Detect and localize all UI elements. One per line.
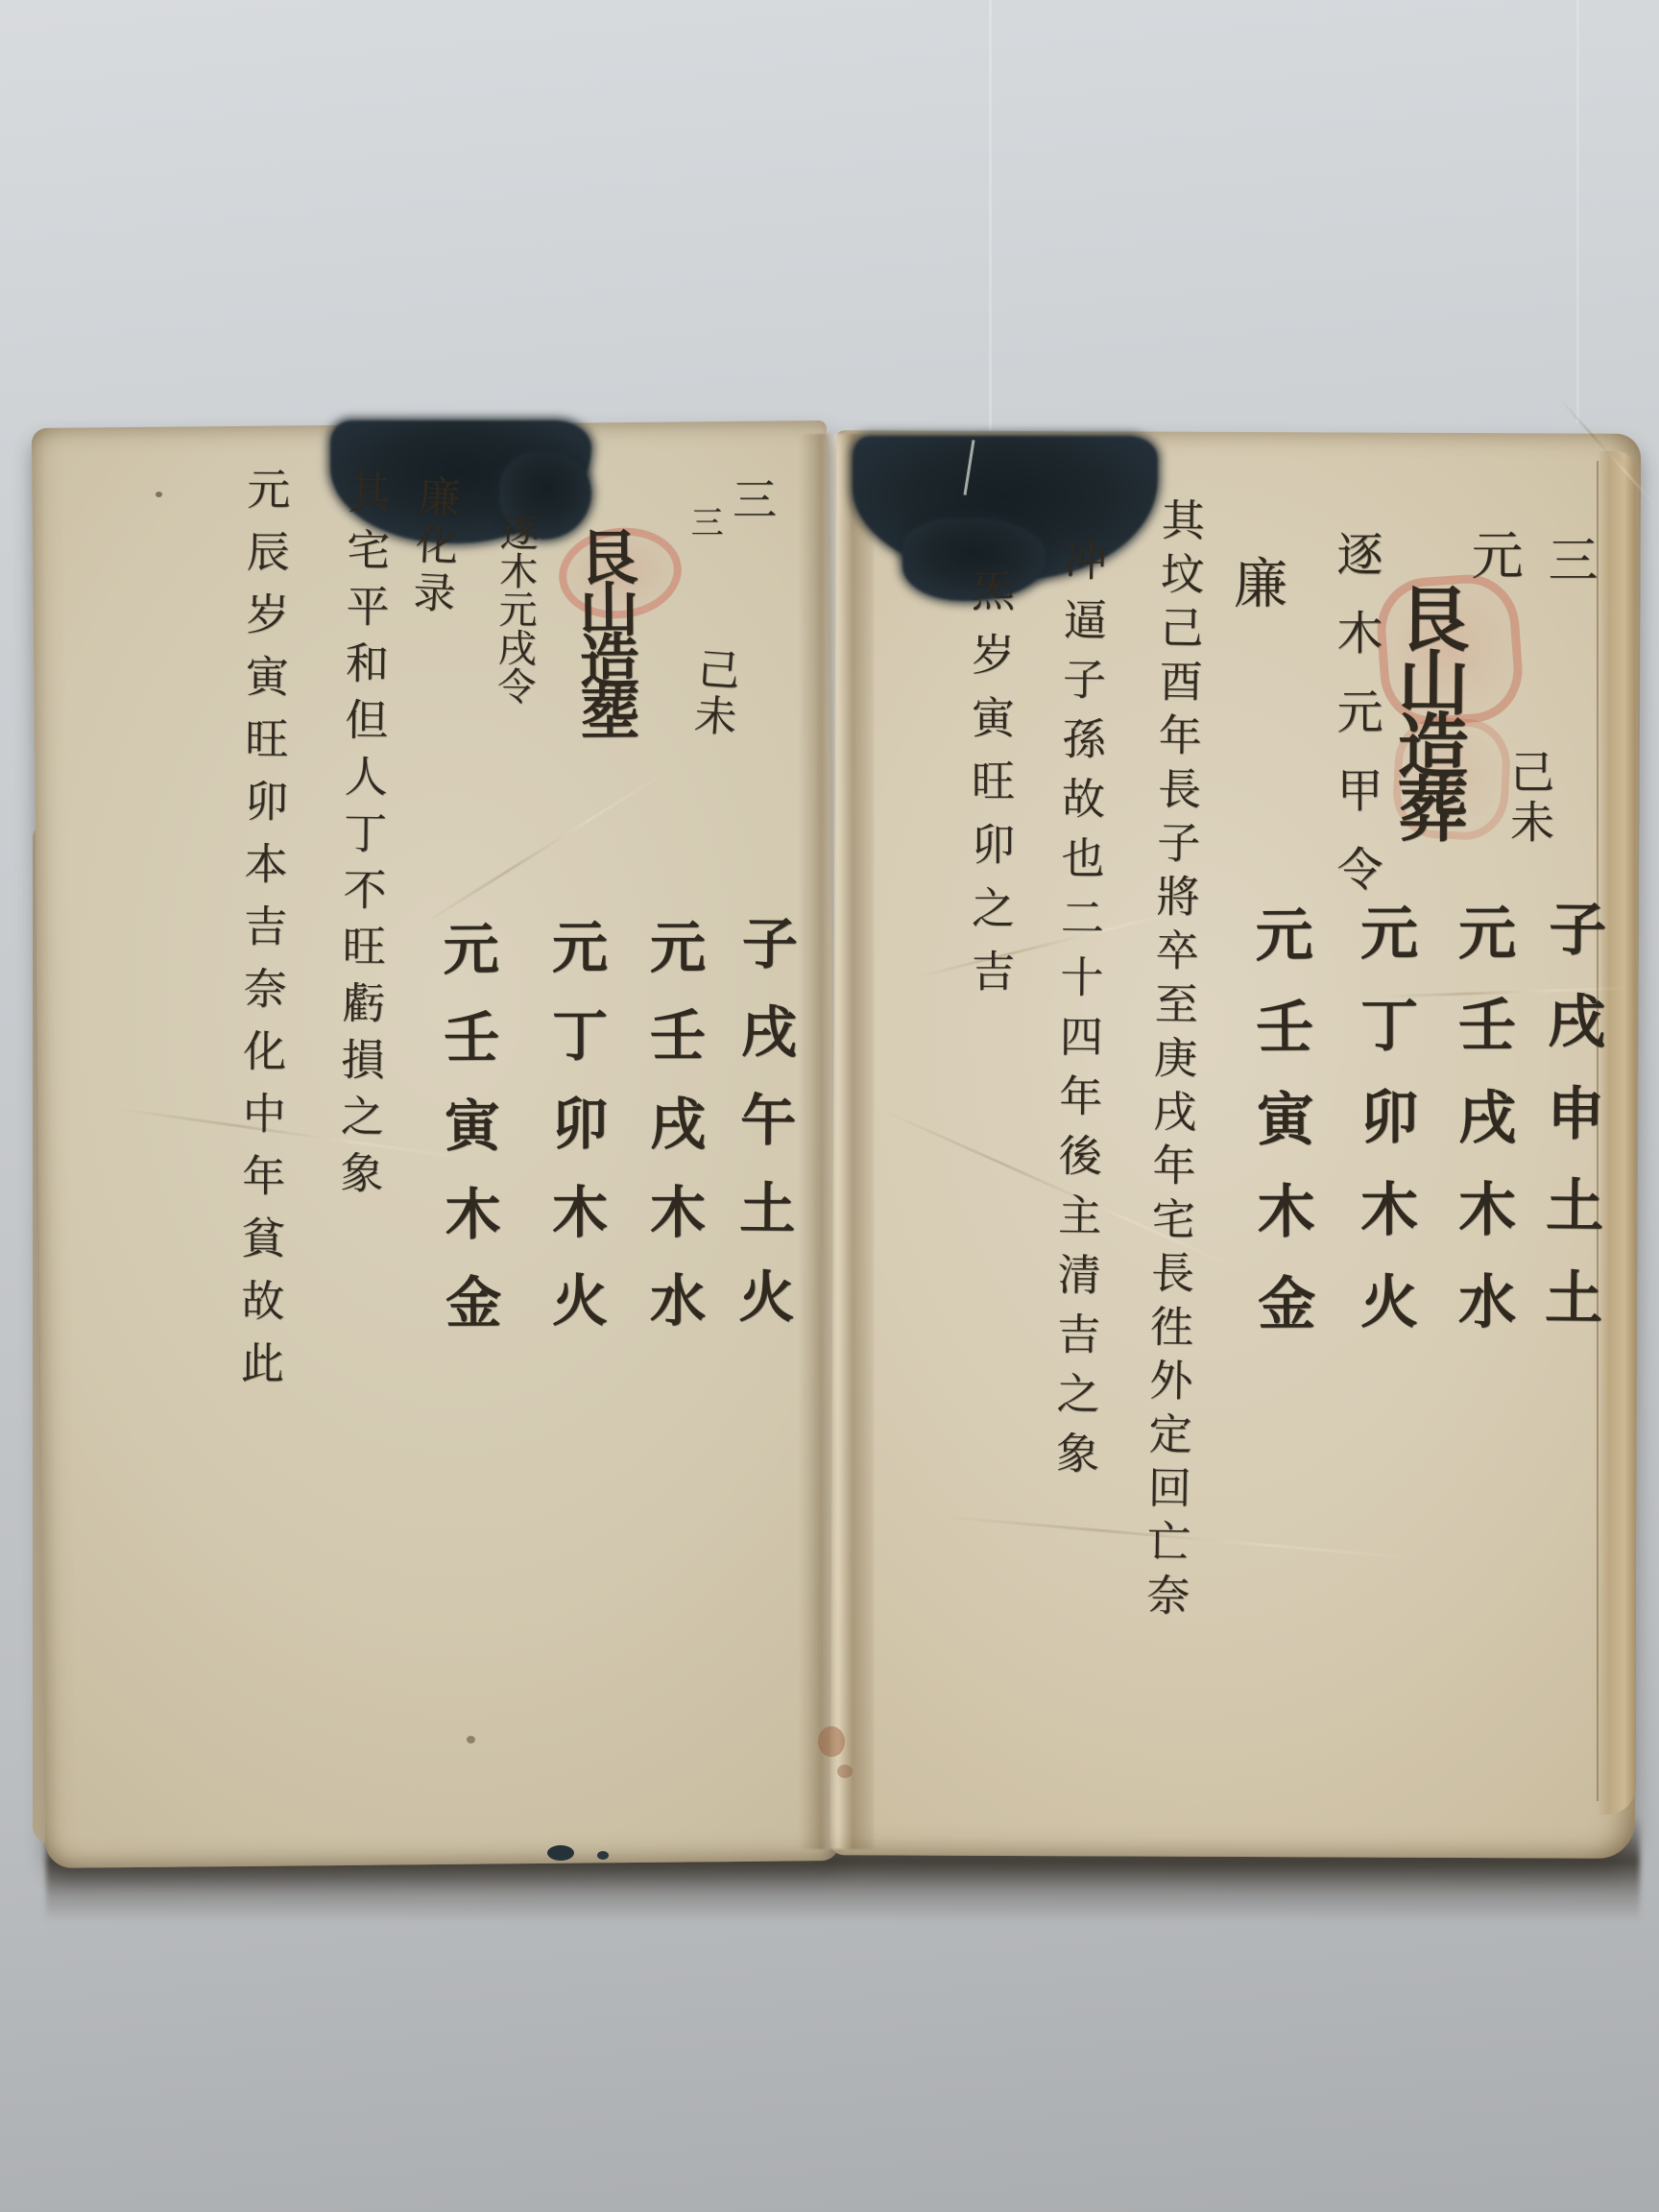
year-stem-branch: 己未: [1507, 749, 1551, 849]
element-column-2: 元壬戌木水: [645, 918, 701, 1359]
element-column-4: 元壬寅木金: [438, 920, 496, 1361]
commentary-column-2: 元辰岁寅旺卯本吉奈化中年貧故此: [237, 467, 287, 1403]
paper-speck: [156, 492, 162, 497]
zhu-annotation-column: 逐木元甲令: [1333, 530, 1379, 924]
background-seam: [1576, 0, 1579, 422]
section-title: 艮山造塟: [573, 526, 635, 734]
background-seam: [989, 0, 992, 432]
page-number-small: 三: [687, 505, 720, 538]
yuan-label: 元: [1467, 528, 1519, 580]
element-column-1: 子戌申土土: [1539, 899, 1601, 1360]
element-column-4: 元壬寅木金: [1250, 904, 1310, 1365]
section-title: 艮山造葬: [1391, 582, 1464, 836]
brown-stain: [818, 1726, 845, 1757]
photo-of-open-manuscript: 三 元 艮山造葬 己未 逐木元甲令 廉 子戌申土土 元壬戌木水 元丁卯木火 元壬…: [0, 0, 1659, 2212]
commentary-column-1: 其宅平和但人丁不旺虧損之象: [336, 470, 387, 1207]
zhu-annotation-column: 逐木元戌令: [493, 513, 535, 706]
element-column-3: 元丁卯木火: [1356, 902, 1413, 1363]
paper-speck: [467, 1736, 475, 1743]
book-gutter: [799, 434, 874, 1849]
commentary-column-3: 炁岁寅旺卯之吉: [968, 568, 1011, 1012]
commentary-column-2: 冲逼子孫故也二十四年後主清吉之象: [1052, 538, 1104, 1490]
page-number: 三: [1543, 534, 1593, 584]
element-column-1: 子戌午土火: [733, 914, 793, 1356]
ink-speck: [597, 1851, 609, 1860]
element-column-2: 元壬戌木水: [1454, 902, 1511, 1363]
lian-annotation-column: 廉化录: [407, 473, 457, 619]
year-stem-branch: 己未: [688, 646, 737, 741]
element-column-3: 元丁卯木火: [547, 918, 603, 1359]
brown-stain: [837, 1765, 853, 1778]
page-number: 三: [730, 476, 774, 520]
lian-annotation: 廉: [1229, 555, 1283, 609]
ink-speck: [547, 1845, 574, 1861]
